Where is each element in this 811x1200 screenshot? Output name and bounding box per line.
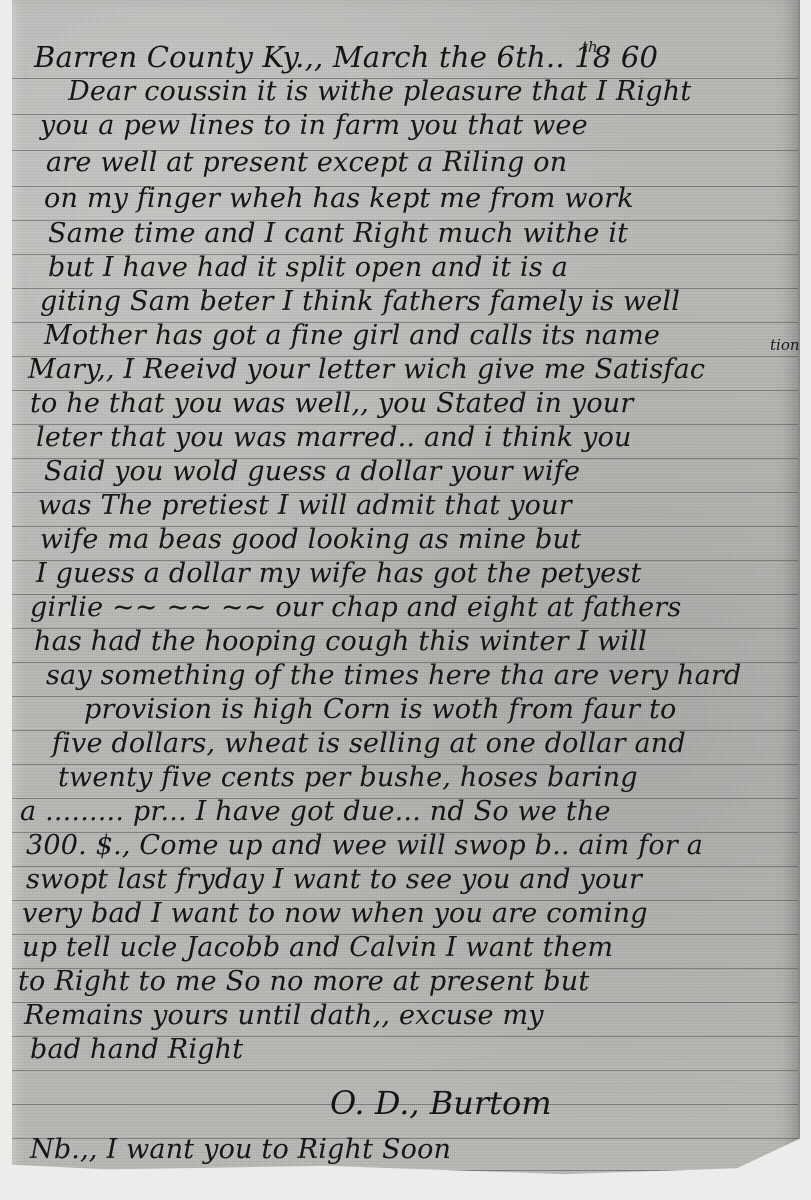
letter-line: up tell ucle Jacobb and Calvin I want th…	[22, 932, 613, 963]
letter-line: on my finger wheh has kept me from work	[44, 183, 634, 214]
letter-line: are well at present except a Riling on	[46, 147, 567, 178]
postscript: Nb.,, I want you to Right Soon	[30, 1134, 451, 1165]
letter-line: I guess a dollar my wife has got the pet…	[36, 558, 642, 589]
letter-line: girlie ~~ ~~ ~~ our chap and eight at fa…	[30, 592, 681, 623]
ruled-line	[12, 1170, 798, 1171]
letter-line: wife ma beas good looking as mine but	[40, 524, 581, 555]
letter-line: to he that you was well,, you Stated in …	[30, 388, 633, 419]
letter-line: you a pew lines to in farm you that wee	[40, 110, 588, 141]
letter-line: Remains yours until dath,, excuse my	[24, 1000, 544, 1031]
letter-line: leter that you was marred.. and i think …	[36, 422, 632, 453]
letter-line: Mother has got a fine girl and calls its…	[44, 320, 660, 351]
letter-line: to Right to me So no more at present but	[18, 966, 589, 997]
letter-line: Dear coussin it is withe pleasure that I…	[68, 76, 691, 107]
letter-line: a ......... pr... I have got due... nd S…	[20, 796, 611, 827]
date-superscript: th	[582, 38, 598, 56]
letter-line: Same time and I cant Right much withe it	[48, 218, 628, 249]
letter-line: was The pretiest I will admit that your	[38, 490, 572, 521]
letter-line: bad hand Right	[30, 1034, 243, 1065]
letter-line: swopt last fryday I want to see you and …	[26, 864, 642, 895]
letter-line: say something of the times here tha are …	[46, 660, 742, 691]
scanned-page: Barren County Ky.,, March the 6th.. 18 6…	[0, 0, 811, 1200]
letter-line: has had the hooping cough this winter I …	[34, 626, 647, 657]
letter-line: giting Sam beter I think fathers famely …	[40, 286, 680, 317]
letter-line: but I have had it split open and it is a	[48, 252, 568, 283]
ruled-line	[12, 1070, 798, 1071]
letter-line: Mary,, I Reeivd your letter wich give me…	[28, 354, 705, 385]
signature: O. D., Burtom	[330, 1084, 552, 1122]
letter-line: 300. $., Come up and wee will swop b.. a…	[26, 830, 703, 861]
letter-line: provision is high Corn is woth from faur…	[84, 694, 676, 725]
letter-line: Said you wold guess a dollar your wife	[44, 456, 580, 487]
letter-line: twenty five cents per bushe, hoses barin…	[58, 762, 638, 793]
satisfaction-superscript: tion	[770, 336, 800, 354]
letter-heading: Barren County Ky.,, March the 6th.. 18 6…	[34, 40, 658, 74]
letter-line: five dollars, wheat is selling at one do…	[52, 728, 686, 759]
letter-line: very bad I want to now when you are comi…	[22, 898, 648, 929]
